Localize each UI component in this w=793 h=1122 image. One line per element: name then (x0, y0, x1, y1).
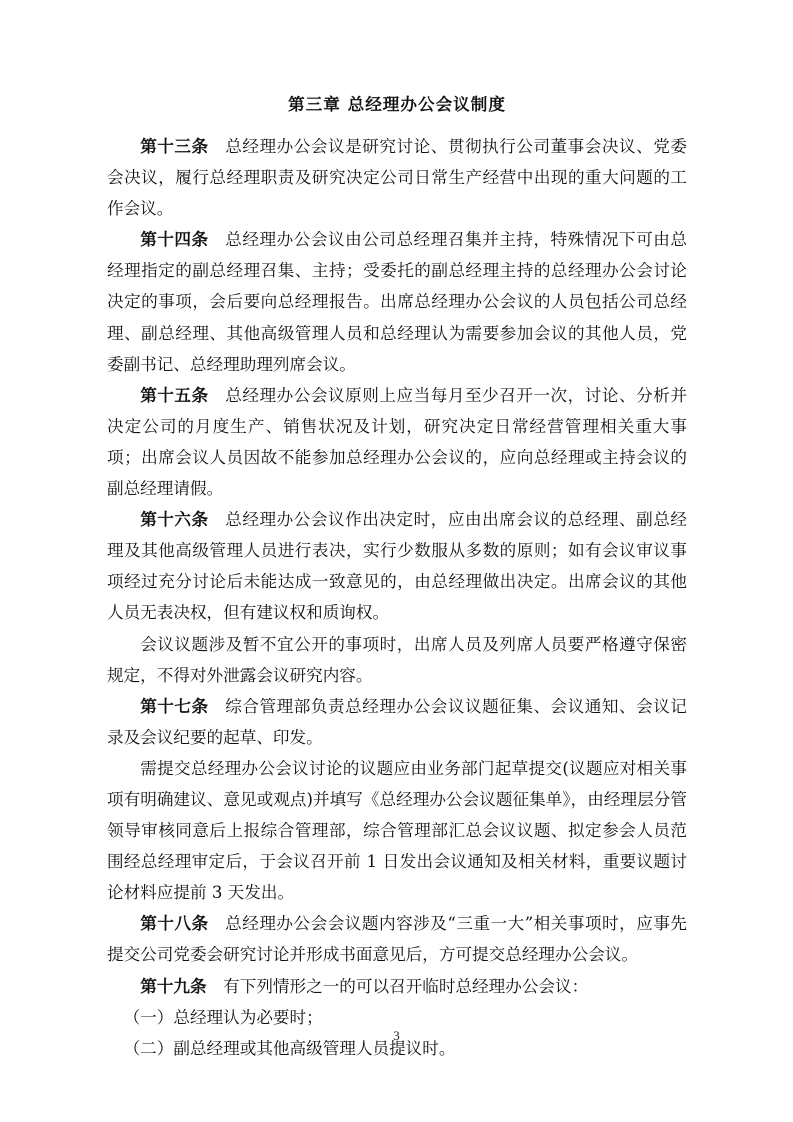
article-16-extra: 会议议题涉及暂不宜公开的事项时，出席人员及列席人员要严格遵守保密规定，不得对外泄… (107, 629, 687, 691)
article-13: 第十三条总经理办公会议是研究讨论、贯彻执行公司董事会决议、党委会决议，履行总经理… (107, 131, 687, 224)
article-label: 第十三条 (140, 137, 208, 156)
page-number: 3 (0, 1028, 793, 1044)
article-19: 第十九条有下列情形之一的可以召开临时总经理办公会议： (107, 971, 687, 1002)
article-label: 第十五条 (140, 386, 208, 405)
article-text: 有下列情形之一的可以召开临时总经理办公会议： (223, 977, 588, 996)
article-15: 第十五条总经理办公会议原则上应当每月至少召开一次，讨论、分析并决定公司的月度生产… (107, 380, 687, 504)
article-label: 第十四条 (140, 230, 208, 249)
article-17: 第十七条综合管理部负责总经理办公会议议题征集、会议通知、会议记录及会议纪要的起草… (107, 691, 687, 753)
article-label: 第十六条 (140, 510, 208, 529)
article-17-extra: 需提交总经理办公会议讨论的议题应由业务部门起草提交(议题应对相关事项有明确建议、… (107, 753, 687, 908)
document-page: 第三章 总经理办公会议制度 第十三条总经理办公会议是研究讨论、贯彻执行公司董事会… (107, 88, 687, 1064)
article-18: 第十八条总经理办公会会议题内容涉及“三重一大”相关事项时，应事先提交公司党委会研… (107, 908, 687, 970)
article-label: 第十九条 (140, 977, 206, 996)
article-text: 总经理办公会议由公司总经理召集并主持，特殊情况下可由总经理指定的副总经理召集、主… (107, 230, 687, 373)
article-label: 第十七条 (140, 697, 208, 716)
article-16: 第十六条总经理办公会议作出决定时，应由出席会议的总经理、副总经理及其他高级管理人… (107, 504, 687, 628)
chapter-title: 第三章 总经理办公会议制度 (107, 88, 687, 121)
article-label: 第十八条 (140, 914, 208, 933)
article-14: 第十四条总经理办公会议由公司总经理召集并主持，特殊情况下可由总经理指定的副总经理… (107, 224, 687, 379)
